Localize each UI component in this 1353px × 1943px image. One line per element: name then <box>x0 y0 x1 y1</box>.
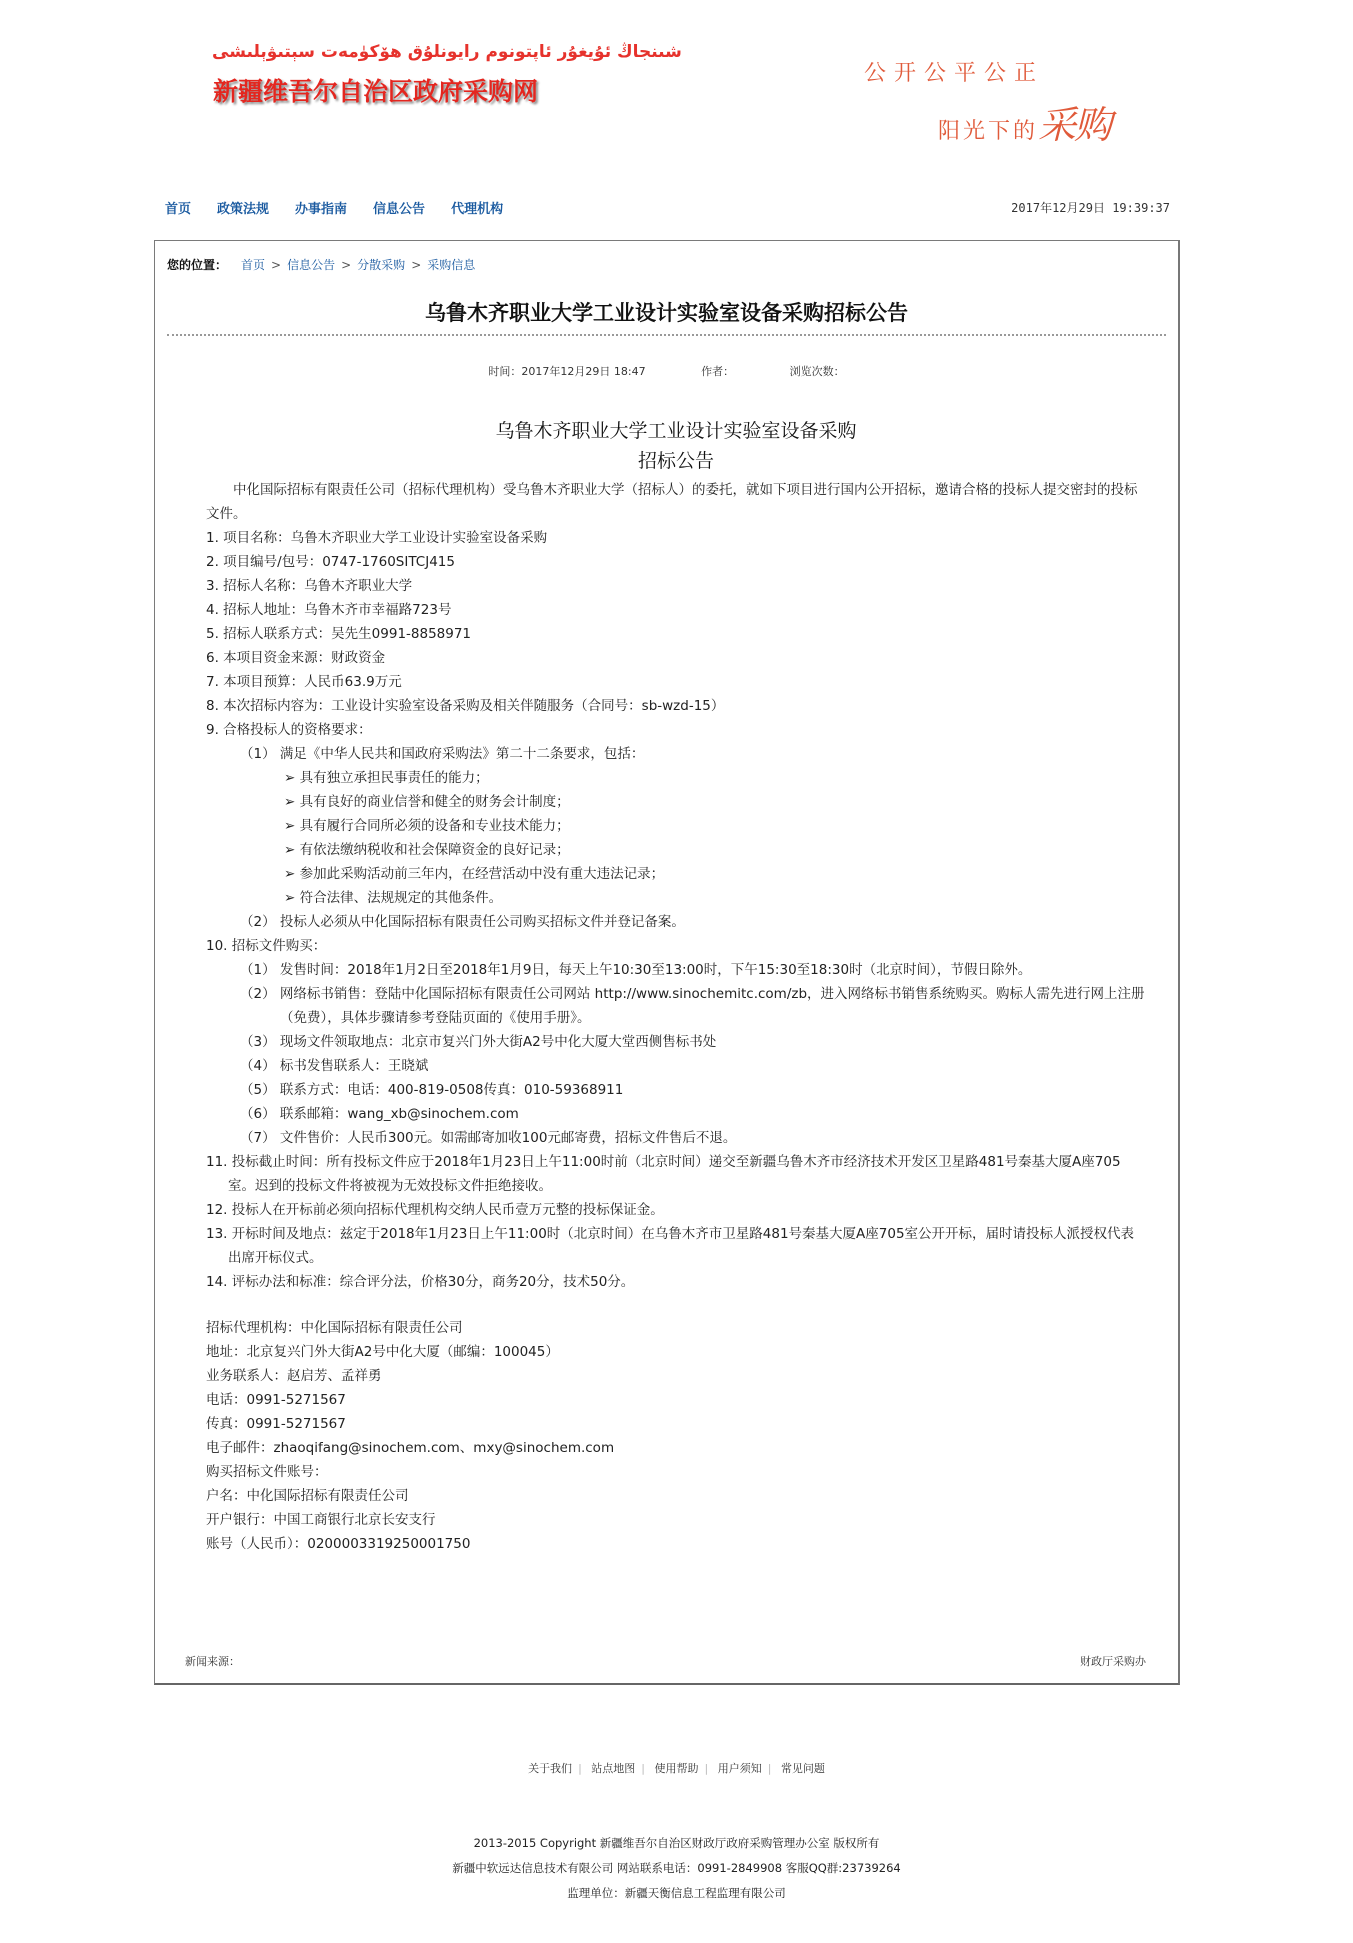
list-item: 4. 招标人地址：乌鲁木齐市幸福路723号 <box>206 598 1146 622</box>
sub-item-text: （7） 文件售价：人民币300元。如需邮寄加收100元邮寄费，招标文件售后不退。 <box>240 1126 1146 1150</box>
list-item: 9. 合格投标人的资格要求： <box>206 718 1146 742</box>
view-count: 浏览次数： <box>790 365 845 378</box>
spacer <box>206 1294 1146 1316</box>
footer-faq[interactable]: 常见问题 <box>781 1762 825 1775</box>
nav-home[interactable]: 首页 <box>165 198 191 217</box>
sub-item: （5） 联系方式：电话：400-819-0508传真：010-59368911 <box>206 1078 1146 1102</box>
account-name: 户名：中化国际招标有限责任公司 <box>206 1484 1146 1508</box>
footer-terms[interactable]: 用户须知 <box>718 1762 762 1775</box>
article-container: 您的位置： 首页 > 信息公告 > 分散采购 > 采购信息 乌鲁木齐职业大学工业… <box>154 240 1180 1685</box>
footer-sitemap[interactable]: 站点地图 <box>591 1762 635 1775</box>
list-item: 8. 本次招标内容为：工业设计实验室设备采购及相关伴随服务（合同号：sb-wzd… <box>206 694 1146 718</box>
footer-links: 关于我们| 站点地图| 使用帮助| 用户须知| 常见问题 <box>0 1760 1353 1776</box>
footer-divider: | <box>578 1762 582 1775</box>
list-item: 12. 投标人在开标前必须向招标代理机构交纳人民币壹万元整的投标保证金。 <box>206 1198 1146 1222</box>
news-source-value: 财政厅采购办 <box>1080 1653 1146 1669</box>
account-bank: 开户银行：中国工商银行北京长安支行 <box>206 1508 1146 1532</box>
site-logo-uyghur[interactable]: شىنجاڭ ئۇيغۇر ئاپتونوم رايونلۇق ھۆكۈمەت … <box>212 42 682 62</box>
news-source-label: 新闻来源： <box>185 1653 240 1669</box>
contact-address: 地址：北京复兴门外大街A2号中化大厦（邮编：100045） <box>206 1340 1146 1364</box>
slogan-line-2: 阳光下的采购 <box>938 94 1110 149</box>
list-item: 2. 项目编号/包号：0747-1760SITCJ415 <box>206 550 1146 574</box>
breadcrumb-decentralized[interactable]: 分散采购 <box>357 256 405 273</box>
bullet-item: ➢ 具有独立承担民事责任的能力； <box>206 766 1146 790</box>
site-logo[interactable]: 新疆维吾尔自治区政府采购网 <box>213 72 538 108</box>
bullet-item: ➢ 具有良好的商业信誉和健全的财务会计制度； <box>206 790 1146 814</box>
breadcrumb-home[interactable]: 首页 <box>241 256 265 273</box>
footer-divider: | <box>641 1762 645 1775</box>
author: 作者： <box>701 365 734 378</box>
footer-divider: | <box>705 1762 709 1775</box>
breadcrumb-separator: > <box>341 258 351 272</box>
breadcrumb-label: 您的位置： <box>167 256 227 273</box>
account-heading: 购买招标文件账号： <box>206 1460 1146 1484</box>
list-item: 11. 投标截止时间：所有投标文件应于2018年1月23日上午11:00时前（北… <box>206 1150 1146 1198</box>
contact-fax: 传真：0991-5271567 <box>206 1412 1146 1436</box>
article-meta: 时间：2017年12月29日 18:47 作者： 浏览次数： <box>155 363 1178 379</box>
sub-item: （1） 满足《中华人民共和国政府采购法》第二十二条要求，包括： <box>206 742 1146 766</box>
sub-item-text: （3） 现场文件领取地点：北京市复兴门外大街A2号中化大厦大堂西侧售标书处 <box>240 1030 1146 1054</box>
page-title: 乌鲁木齐职业大学工业设计实验室设备采购招标公告 <box>155 297 1178 327</box>
article-body: 乌鲁木齐职业大学工业设计实验室设备采购 招标公告 中化国际招标有限责任公司（招标… <box>206 416 1146 1556</box>
top-nav: 首页 政策法规 办事指南 信息公告 代理机构 <box>165 198 503 217</box>
intro-paragraph: 中化国际招标有限责任公司（招标代理机构）受乌鲁木齐职业大学（招标人）的委托，就如… <box>206 478 1146 526</box>
footer-supervisor: 监理单位：新疆天衡信息工程监理有限公司 <box>0 1885 1353 1901</box>
breadcrumb-procurement-info[interactable]: 采购信息 <box>427 256 475 273</box>
sub-item-text: （1） 发售时间：2018年1月2日至2018年1月9日，每天上午10:30至1… <box>240 958 1146 982</box>
breadcrumb-separator: > <box>411 258 421 272</box>
sub-item-email[interactable]: （6） 联系邮箱：wang_xb@sinochem.com <box>240 1102 1146 1126</box>
breadcrumb: 您的位置： 首页 > 信息公告 > 分散采购 > 采购信息 <box>167 256 475 273</box>
breadcrumb-separator: > <box>271 258 281 272</box>
list-item: 14. 评标办法和标准：综合评分法，价格30分，商务20分，技术50分。 <box>206 1270 1146 1294</box>
content-title: 乌鲁木齐职业大学工业设计实验室设备采购 <box>206 416 1146 446</box>
sub-item: （6） 联系邮箱：wang_xb@sinochem.com <box>206 1102 1146 1126</box>
sub-item: （7） 文件售价：人民币300元。如需邮寄加收100元邮寄费，招标文件售后不退。 <box>206 1126 1146 1150</box>
sub-item-text: （4） 标书发售联系人：王晓斌 <box>240 1054 1146 1078</box>
slogan-emphasis: 采购 <box>1038 103 1110 147</box>
list-item: 10. 招标文件购买： <box>206 934 1146 958</box>
sub-item: （2） 网络标书销售：登陆中化国际招标有限责任公司网站 http://www.s… <box>206 982 1146 1030</box>
nav-agencies[interactable]: 代理机构 <box>451 198 503 217</box>
nav-policy[interactable]: 政策法规 <box>217 198 269 217</box>
bullet-item: ➢ 参加此采购活动前三年内，在经营活动中没有重大违法记录； <box>206 862 1146 886</box>
sub-item: （1） 发售时间：2018年1月2日至2018年1月9日，每天上午10:30至1… <box>206 958 1146 982</box>
slogan-line-1: 公开公平公正 <box>864 56 1044 87</box>
footer-divider: | <box>768 1762 772 1775</box>
bullet-item: ➢ 具有履行合同所必须的设备和专业技术能力； <box>206 814 1146 838</box>
breadcrumb-announcements[interactable]: 信息公告 <box>287 256 335 273</box>
contact-persons: 业务联系人：赵启芳、孟祥勇 <box>206 1364 1146 1388</box>
nav-announcements[interactable]: 信息公告 <box>373 198 425 217</box>
slogan-prefix: 阳光下的 <box>938 119 1038 144</box>
sub-item-text: （5） 联系方式：电话：400-819-0508传真：010-59368911 <box>240 1078 1146 1102</box>
list-item: 3. 招标人名称：乌鲁木齐职业大学 <box>206 574 1146 598</box>
contact-phone: 电话：0991-5271567 <box>206 1388 1146 1412</box>
content-subtitle: 招标公告 <box>206 446 1146 476</box>
list-item: 1. 项目名称：乌鲁木齐职业大学工业设计实验室设备采购 <box>206 526 1146 550</box>
list-item: 6. 本项目资金来源：财政资金 <box>206 646 1146 670</box>
sub-item-text: （2） 网络标书销售：登陆中化国际招标有限责任公司网站 http://www.s… <box>240 982 1146 1030</box>
account-number: 账号（人民币）：0200003319250001750 <box>206 1532 1146 1556</box>
bullet-item: ➢ 有依法缴纳税收和社会保障资金的良好记录； <box>206 838 1146 862</box>
title-divider <box>167 334 1166 336</box>
list-item: 13. 开标时间及地点：兹定于2018年1月23日上午11:00时（北京时间）在… <box>206 1222 1146 1270</box>
list-item: 7. 本项目预算：人民币63.9万元 <box>206 670 1146 694</box>
footer-help[interactable]: 使用帮助 <box>655 1762 699 1775</box>
publish-time: 时间：2017年12月29日 18:47 <box>488 365 645 378</box>
contact-agency: 招标代理机构：中化国际招标有限责任公司 <box>206 1316 1146 1340</box>
sub-item: （3） 现场文件领取地点：北京市复兴门外大街A2号中化大厦大堂西侧售标书处 <box>206 1030 1146 1054</box>
sub-item: （4） 标书发售联系人：王晓斌 <box>206 1054 1146 1078</box>
list-item: 5. 招标人联系方式：吴先生0991-8858971 <box>206 622 1146 646</box>
sub-item: （2） 投标人必须从中化国际招标有限责任公司购买招标文件并登记备案。 <box>206 910 1146 934</box>
footer-copyright: 2013-2015 Copyright 新疆维吾尔自治区财政厅政府采购管理办公室… <box>0 1835 1353 1851</box>
nav-guide[interactable]: 办事指南 <box>295 198 347 217</box>
bullet-item: ➢ 符合法律、法规规定的其他条件。 <box>206 886 1146 910</box>
current-datetime: 2017年12月29日 19:39:37 <box>1011 199 1170 216</box>
contact-email: 电子邮件：zhaoqifang@sinochem.com、mxy@sinoche… <box>206 1436 1146 1460</box>
footer-company: 新疆中软远达信息技术有限公司 网站联系电话：0991-2849908 客服QQ群… <box>0 1860 1353 1876</box>
footer-about[interactable]: 关于我们 <box>528 1762 572 1775</box>
